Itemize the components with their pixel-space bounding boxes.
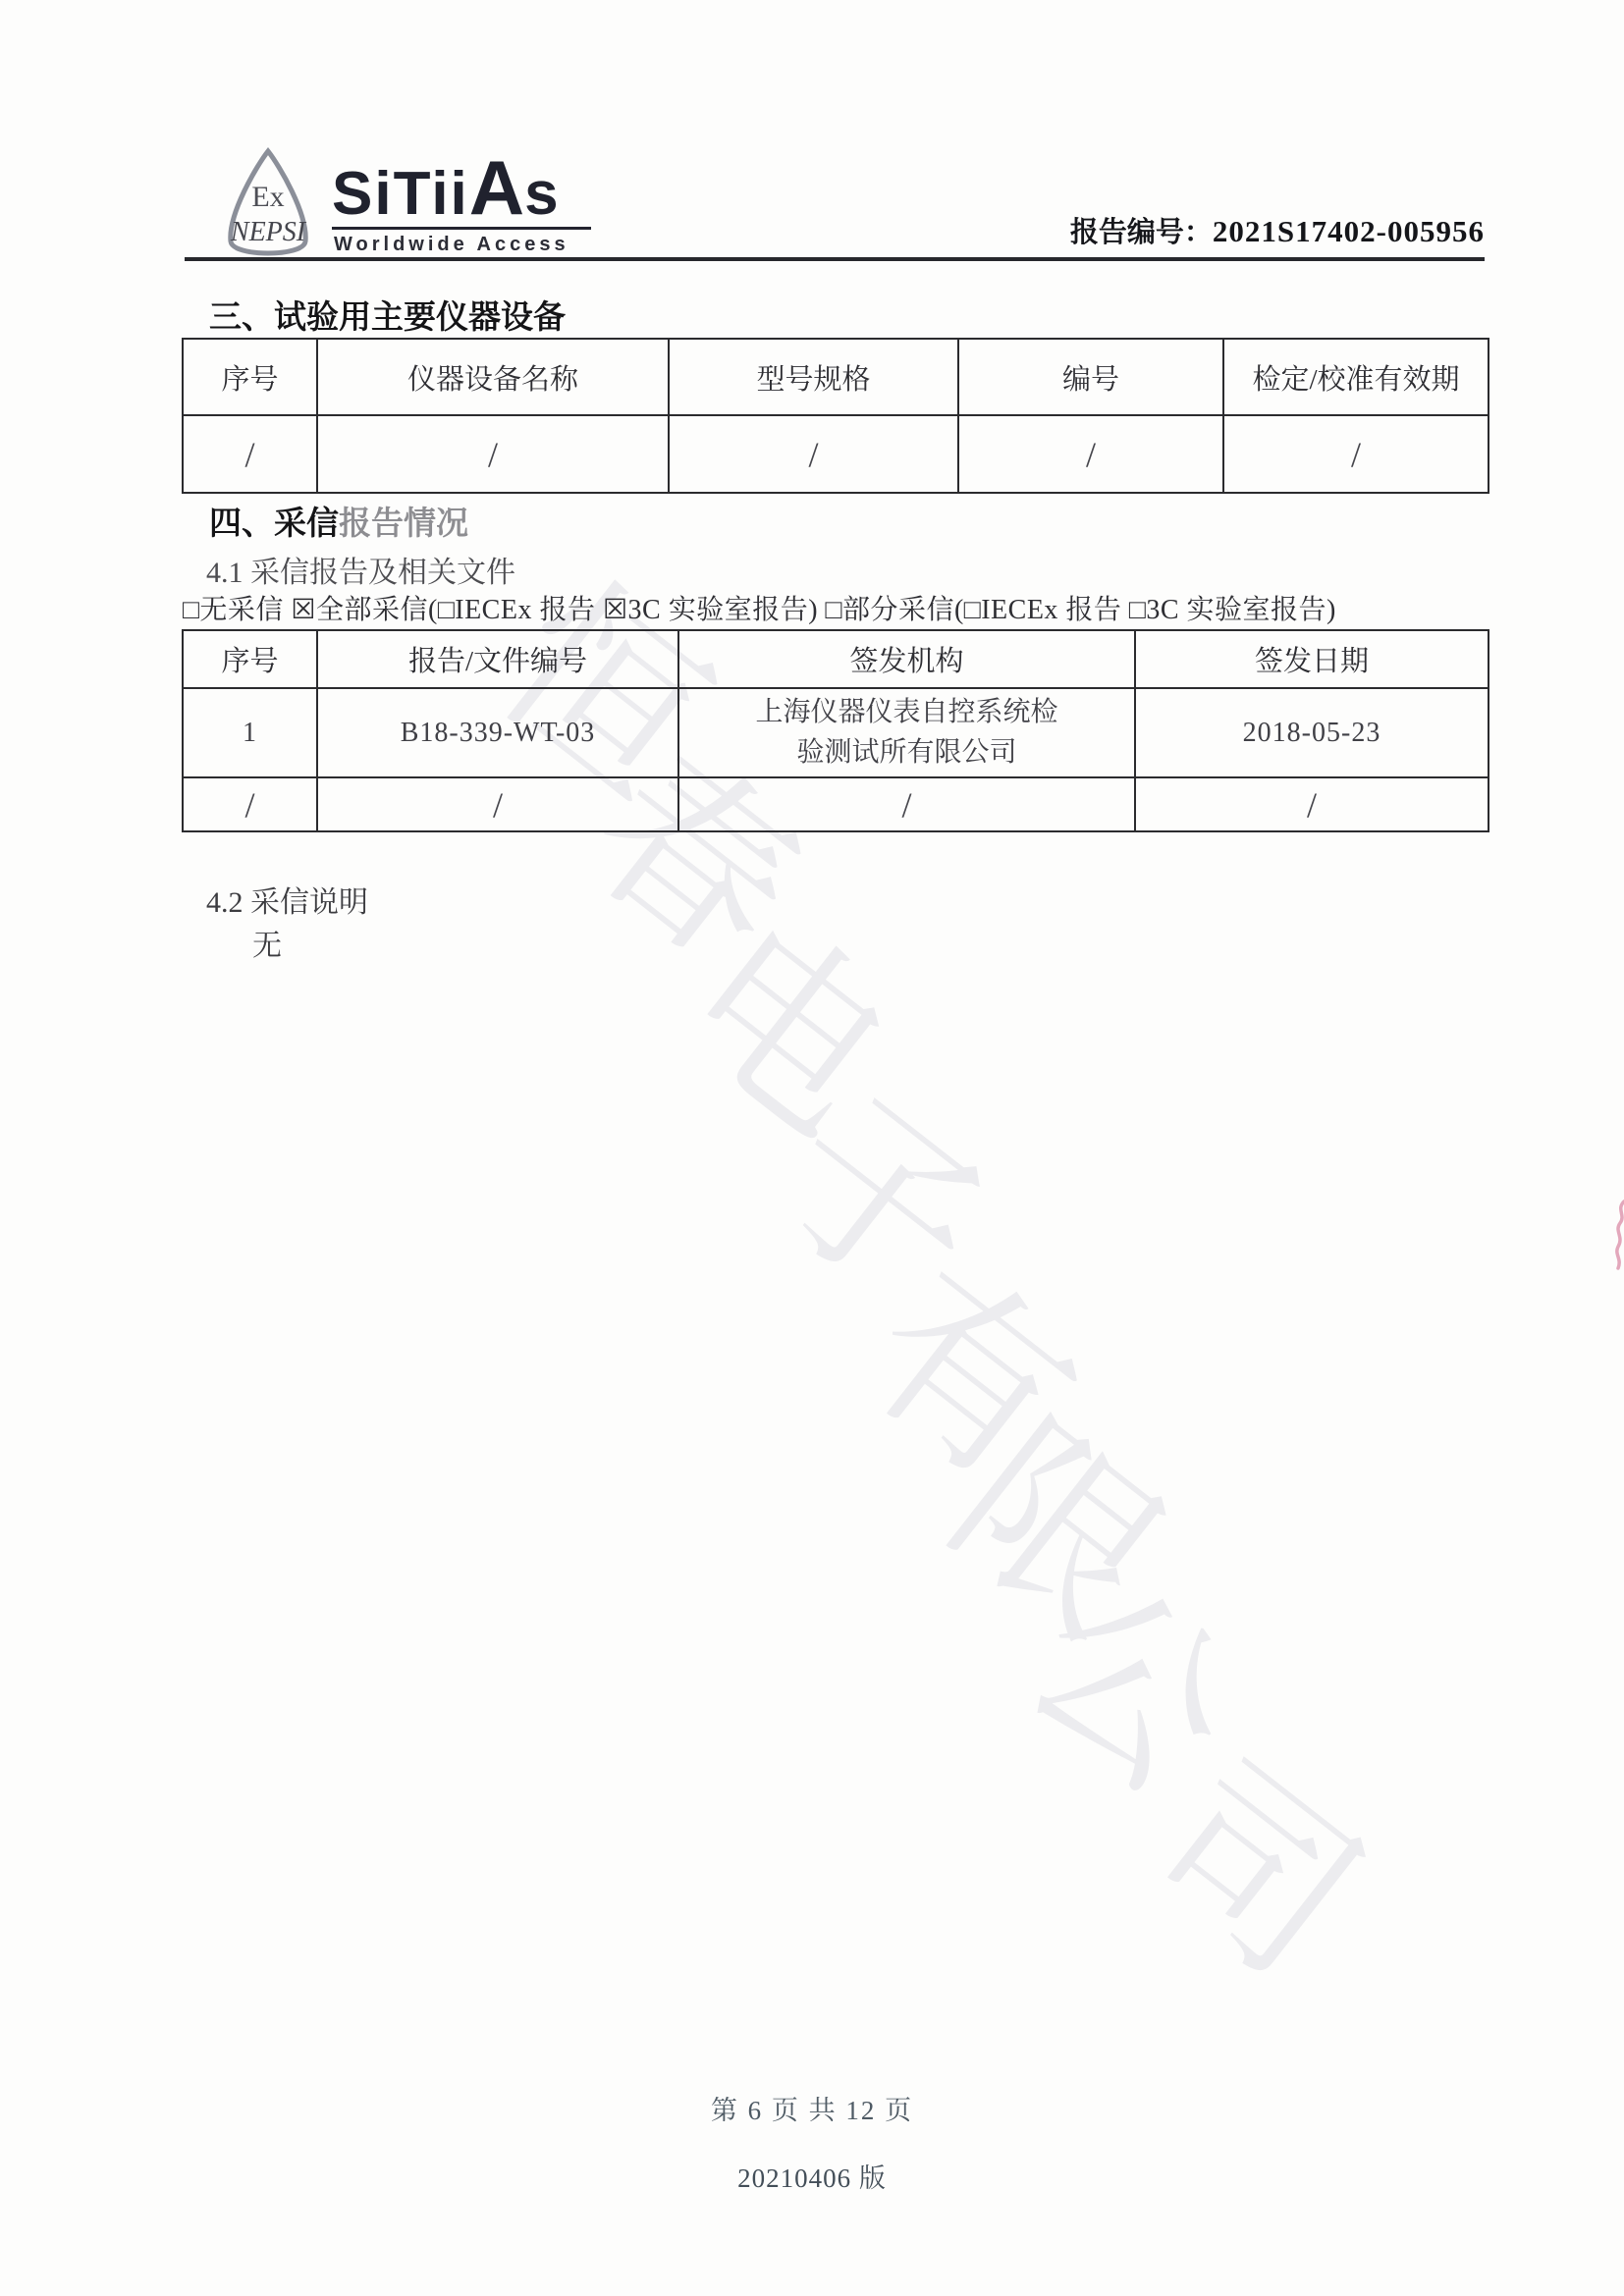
- cell-issuer: 上海仪器仪表自控系统检 验测试所有限公司: [678, 688, 1135, 777]
- cell: /: [183, 777, 317, 831]
- badge-ex-text: Ex: [251, 181, 284, 213]
- col-header: 仪器设备名称: [317, 339, 669, 415]
- col-header: 签发日期: [1135, 630, 1489, 688]
- instruments-table: 序号 仪器设备名称 型号规格 编号 检定/校准有效期 / / / / /: [182, 338, 1489, 494]
- cell: /: [317, 415, 669, 493]
- logo-text-a: A: [469, 144, 524, 231]
- col-header: 型号规格: [669, 339, 958, 415]
- badge-nepsi-text: NEPSI: [230, 217, 307, 247]
- logo-text-s: s: [524, 160, 560, 228]
- acceptance-reports-table: 序号 报告/文件编号 签发机构 签发日期 1 B18-339-WT-03 上海仪…: [182, 629, 1489, 832]
- table-row: / / / /: [183, 777, 1489, 831]
- cell: /: [958, 415, 1223, 493]
- col-header: 检定/校准有效期: [1223, 339, 1489, 415]
- table-row: / / / / /: [183, 415, 1489, 493]
- header-rule: [185, 257, 1485, 261]
- watermark-char: 司: [1105, 1690, 1425, 2025]
- cell: /: [317, 777, 678, 831]
- cell-issue-date: 2018-05-23: [1135, 688, 1489, 777]
- section4-title-light: 报告情况: [339, 505, 468, 541]
- document-page: 恒春电子有限公司 Ex NEPSI SiTiiAs Worldwide Acce…: [0, 0, 1624, 2296]
- cell-report-no: B18-339-WT-03: [317, 688, 678, 777]
- section42-value: 无: [252, 921, 282, 964]
- watermark-char: 电: [637, 848, 957, 1183]
- table-row: 1 B18-339-WT-03 上海仪器仪表自控系统检 验测试所有限公司 201…: [183, 688, 1489, 777]
- cell-index: 1: [183, 688, 317, 777]
- nepsi-ex-badge-icon: Ex NEPSI: [206, 145, 330, 271]
- watermark-char: 限: [908, 1351, 1228, 1685]
- cell: /: [678, 777, 1135, 831]
- report-number-value: 2021S17402-005956: [1213, 214, 1485, 248]
- logo-text: SiTii: [332, 160, 469, 228]
- page-number-line: 第 6 页 共 12 页: [0, 2089, 1624, 2127]
- section4-title-dark: 四、采信: [209, 505, 339, 541]
- report-number: 报告编号：2021S17402-005956: [1070, 210, 1485, 250]
- col-header: 序号: [183, 339, 317, 415]
- acceptance-checkbox-line: □无采信 ☒全部采信(□IECEx 报告 ☒3C 实验室报告) □部分采信(□I…: [183, 588, 1336, 627]
- watermark-char: 子: [730, 1021, 1050, 1356]
- cell: /: [1223, 415, 1489, 493]
- col-header: 编号: [958, 339, 1223, 415]
- watermark-char: 公: [981, 1508, 1301, 1842]
- logo-underline: [332, 227, 591, 230]
- report-number-label: 报告编号：: [1070, 217, 1213, 248]
- section4-title: 四、采信报告情况: [209, 498, 468, 544]
- cell: /: [669, 415, 958, 493]
- col-header: 序号: [183, 630, 317, 688]
- col-header: 签发机构: [678, 630, 1135, 688]
- table-header-row: 序号 仪器设备名称 型号规格 编号 检定/校准有效期: [183, 339, 1489, 415]
- pink-edge-mark: [1608, 1200, 1624, 1278]
- section3-title: 三、试验用主要仪器设备: [209, 292, 566, 338]
- table-header-row: 序号 报告/文件编号 签发机构 签发日期: [183, 630, 1489, 688]
- section42-subtitle: 4.2 采信说明: [206, 878, 368, 921]
- logo-tagline: Worldwide Access: [334, 234, 569, 256]
- col-header: 报告/文件编号: [317, 630, 678, 688]
- watermark-char: 有: [820, 1196, 1140, 1530]
- cell: /: [183, 415, 317, 493]
- section41-subtitle: 4.1 采信报告及相关文件: [206, 548, 515, 591]
- version-line: 20210406 版: [0, 2157, 1624, 2195]
- cell: /: [1135, 777, 1489, 831]
- sitiias-logo: SiTiiAs: [332, 149, 561, 226]
